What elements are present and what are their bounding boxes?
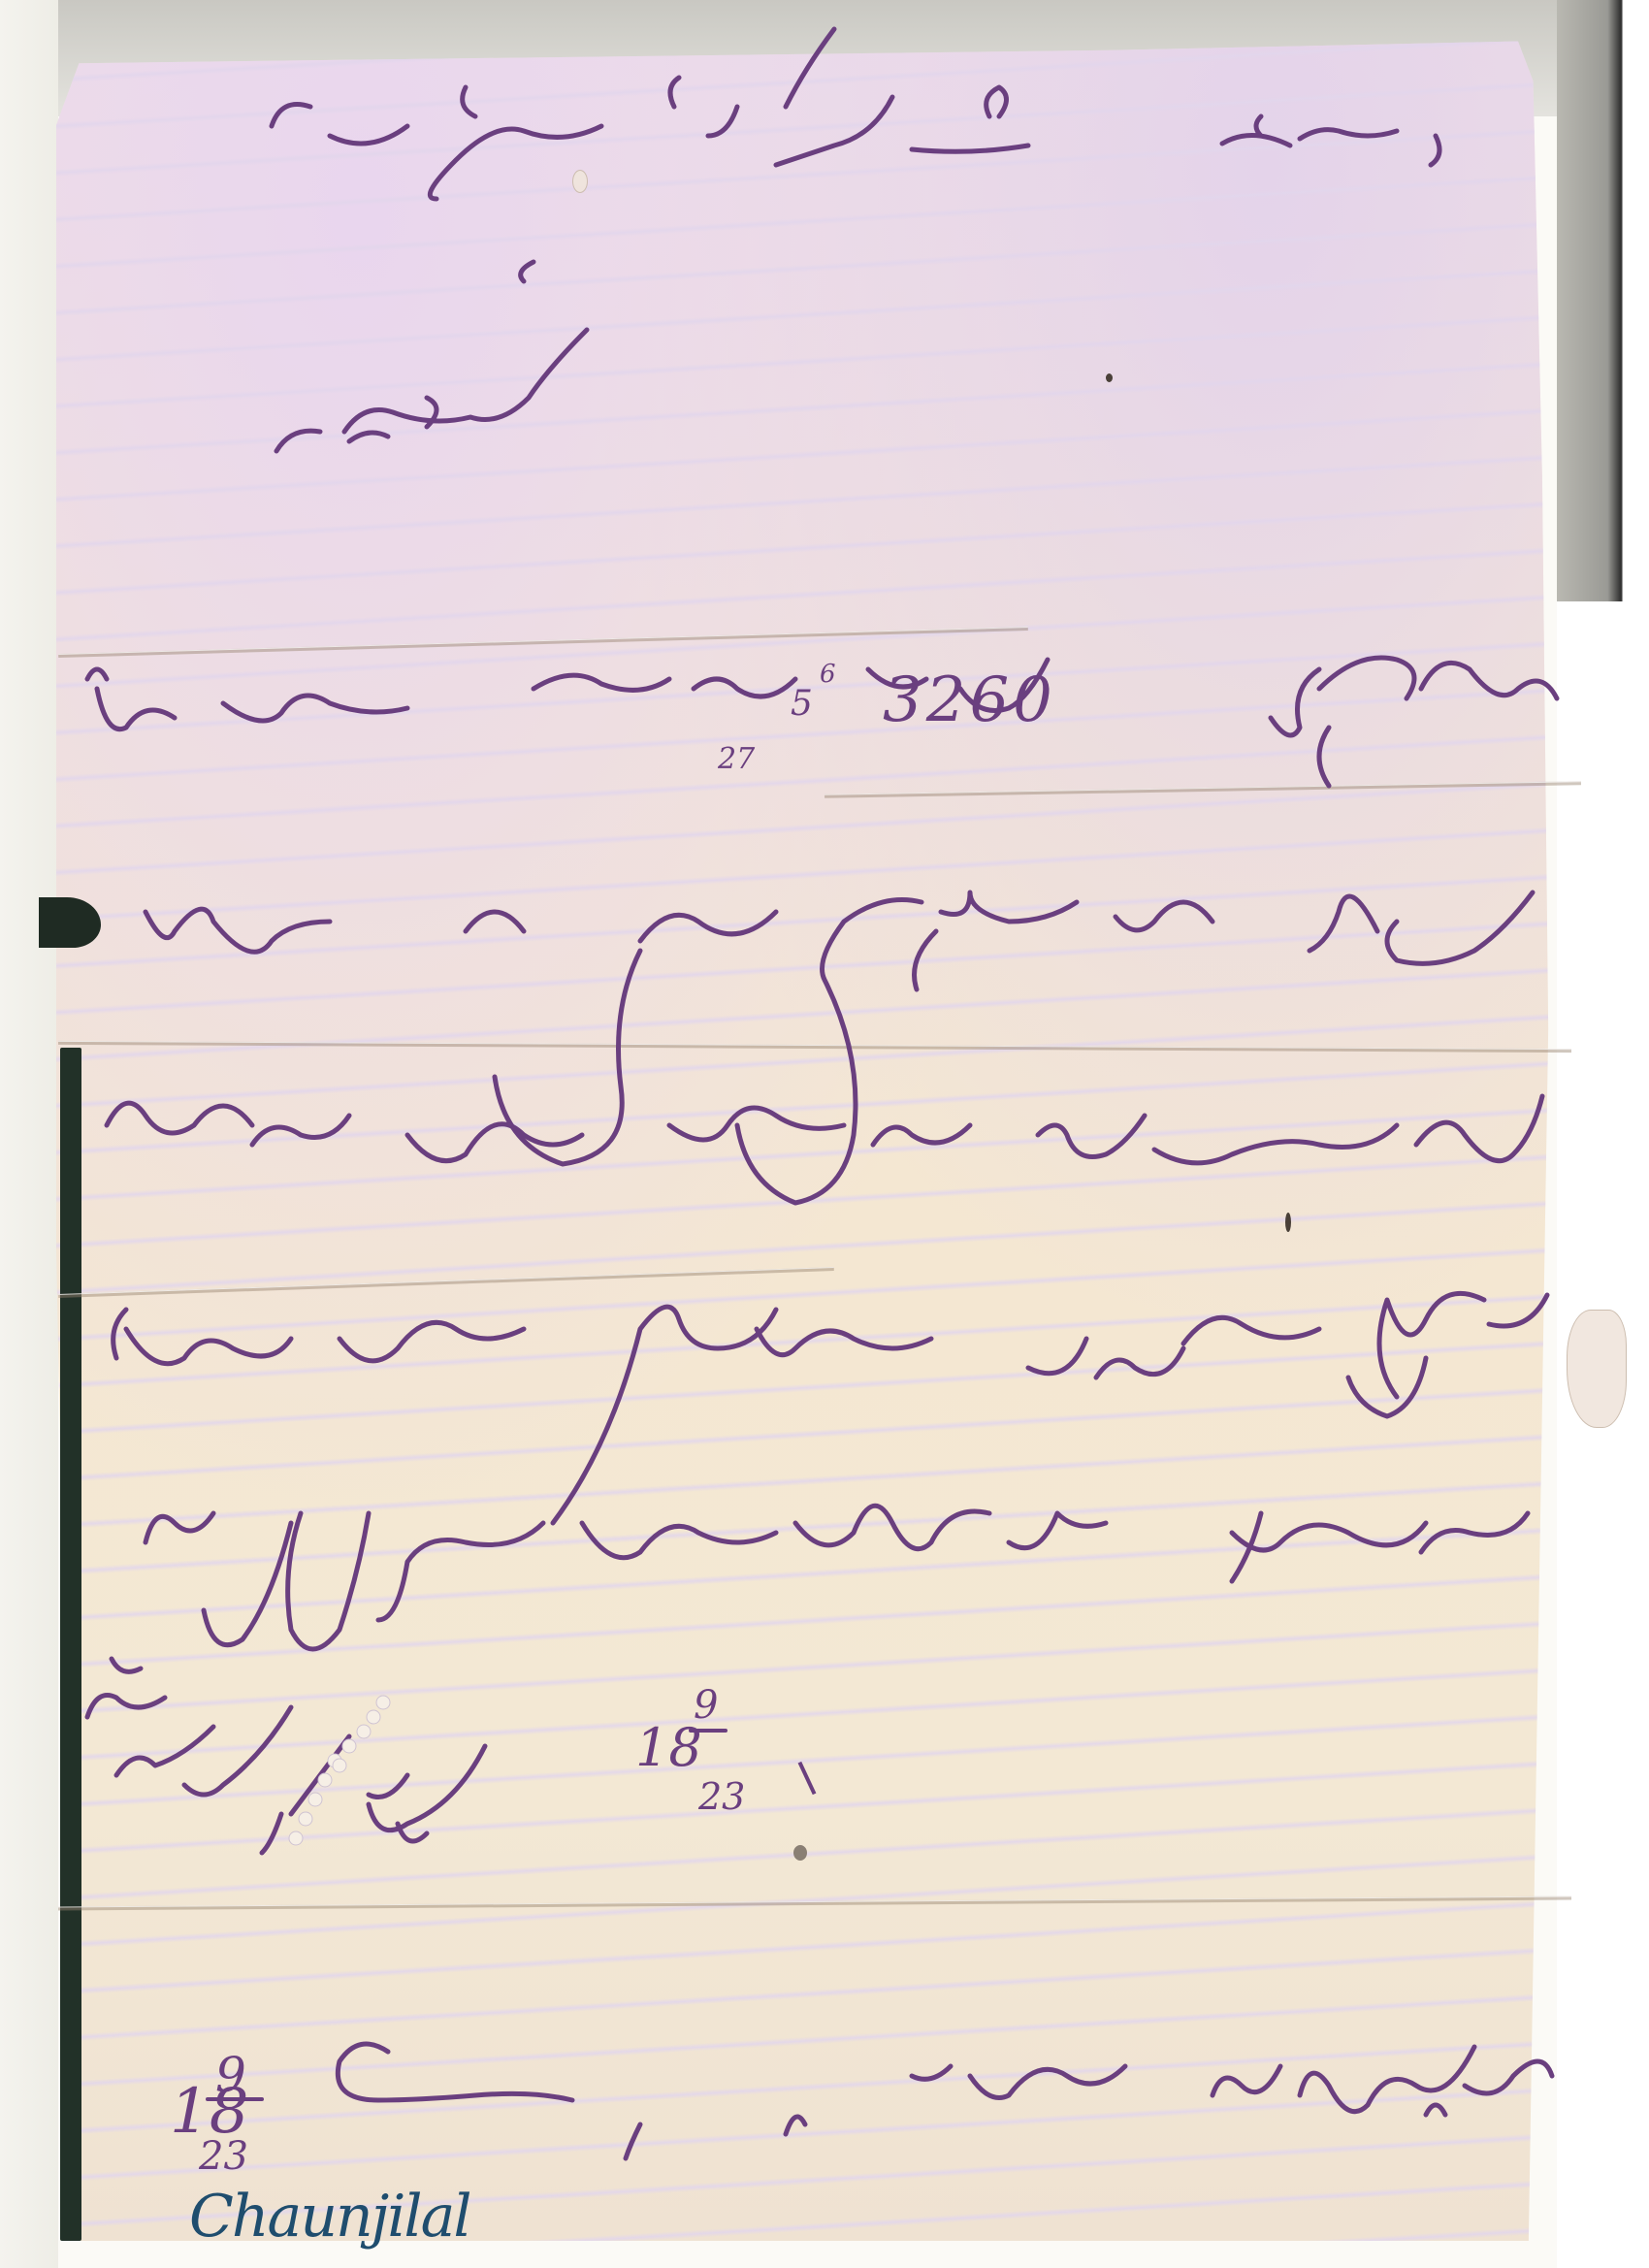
date-middle-year: 18 — [635, 1717, 702, 1778]
date-middle-day: 9 — [694, 1683, 718, 1728]
line1-fraction-sub: 27 — [718, 742, 755, 776]
line1-fraction-mid: 5 — [791, 684, 813, 724]
signature: Chaunjilal — [189, 2183, 470, 2251]
date-bottom-sub: 23 — [199, 2134, 248, 2179]
date-bottom-day: 9 — [215, 2047, 246, 2103]
line1-fraction-top: 6 — [820, 660, 836, 689]
reference-number: 3260 — [883, 664, 1056, 736]
date-bottom-divider — [206, 2097, 264, 2101]
date-middle-sub: 23 — [698, 1775, 745, 1818]
date-middle-divider — [689, 1729, 727, 1733]
